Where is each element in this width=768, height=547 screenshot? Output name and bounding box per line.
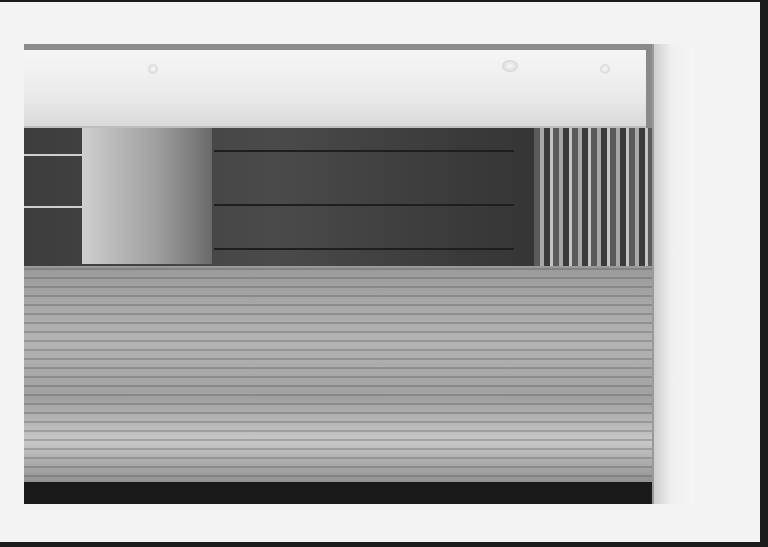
plank-seam [214, 150, 514, 152]
wall-seam [24, 154, 84, 156]
plank-seam [214, 248, 514, 250]
weathered-board [24, 266, 688, 486]
photograph [24, 44, 694, 504]
nail-head [148, 64, 158, 74]
plank-seam [214, 204, 514, 206]
photo-print [0, 2, 760, 542]
nail-head [600, 64, 610, 74]
painted-trim [652, 44, 694, 504]
nail-head [502, 60, 518, 72]
splintered-wood [534, 128, 654, 278]
shadow-gap [24, 482, 694, 504]
wall-seam [24, 206, 84, 208]
painted-header-board [24, 50, 646, 128]
wooden-post [82, 124, 212, 264]
